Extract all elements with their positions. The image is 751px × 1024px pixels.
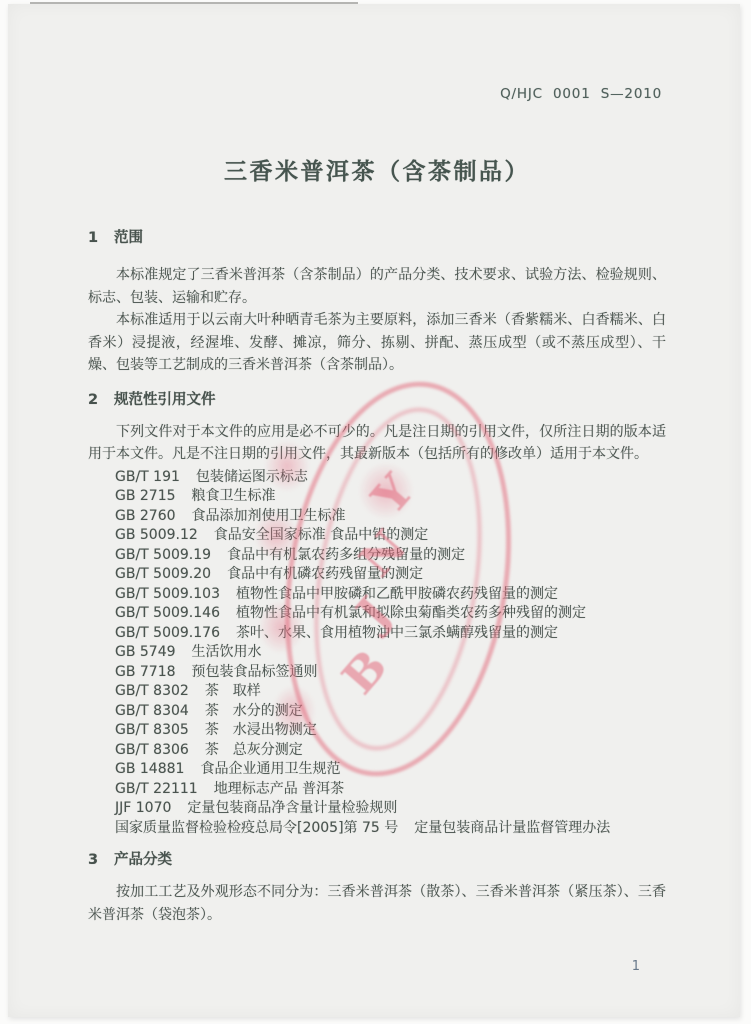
paragraph: 按加工工艺及外观形态不同分为：三香米普洱茶（散茶）、三香米普洱茶（紧压茶）、三香… (88, 881, 666, 927)
reference-item: GB 7718预包装食品标签通则 (115, 663, 666, 683)
section-title: 规范性引用文件 (114, 392, 216, 408)
paragraph: 下列文件对于本文件的应用是必不可少的。凡是注日期的引用文件，仅所注日期的版本适用… (88, 421, 666, 466)
reference-item: GB 5749生活饮用水 (115, 643, 666, 663)
reference-item: JJF 1070定量包装商品净含量计量检验规则 (115, 799, 666, 819)
reference-title: 茶 取样 (205, 682, 261, 702)
reference-title: 食品中有机磷农药残留量的测定 (227, 565, 423, 585)
reference-code: GB 7718 (115, 663, 176, 683)
section-heading-normative-references: 2规范性引用文件 (88, 388, 666, 409)
reference-title: 食品安全国家标准 食品中铅的测定 (214, 526, 428, 546)
reference-code: GB/T 22111 (115, 780, 198, 800)
reference-item: GB/T 22111地理标志产品 普洱茶 (115, 780, 666, 800)
section-title: 范围 (114, 230, 143, 246)
reference-title: 茶叶、水果、食用植物油中三氯杀螨醇残留量的测定 (236, 624, 558, 644)
reference-item: GB/T 5009.103植物性食品中甲胺磷和乙酰甲胺磷农药残留量的测定 (115, 585, 666, 605)
reference-title: 定量包装商品净含量计量检验规则 (187, 799, 397, 819)
reference-title: 茶 总灰分测定 (205, 741, 303, 761)
reference-item: 国家质量监督检验检疫总局令[2005]第 75 号定量包装商品计量监督管理办法 (115, 819, 666, 839)
reference-code: GB 5009.12 (115, 526, 198, 546)
reference-title: 植物性食品中甲胺磷和乙酰甲胺磷农药残留量的测定 (236, 585, 558, 605)
reference-code: GB/T 191 (115, 468, 180, 488)
reference-title: 预包装食品标签通则 (192, 663, 318, 683)
reference-item: GB/T 5009.176茶叶、水果、食用植物油中三氯杀螨醇残留量的测定 (115, 624, 666, 644)
reference-title: 食品添加剂使用卫生标准 (192, 507, 346, 527)
section-title: 产品分类 (114, 852, 172, 868)
section-number: 1 (88, 230, 114, 246)
document-title: 三香米普洱茶（含茶制品） (88, 153, 666, 186)
reference-item: GB 2715粮食卫生标准 (115, 487, 666, 507)
reference-item: GB/T 8306茶 总灰分测定 (115, 741, 666, 761)
section-heading-scope: 1范围 (88, 226, 666, 247)
reference-item: GB/T 5009.146植物性食品中有机氯和拟除虫菊酯类农药多种残留的测定 (115, 604, 666, 624)
reference-item: GB 14881食品企业通用卫生规范 (115, 760, 666, 780)
reference-code: GB/T 5009.176 (115, 624, 220, 644)
page-number: 1 (88, 959, 666, 974)
reference-code: GB/T 5009.146 (115, 604, 220, 624)
reference-item: GB/T 5009.19食品中有机氯农药多组分残留量的测定 (115, 546, 666, 566)
reference-code: GB/T 8304 (115, 702, 189, 722)
reference-item: GB/T 5009.20食品中有机磷农药残留量的测定 (115, 565, 666, 585)
reference-code: GB/T 5009.20 (115, 565, 211, 585)
reference-code: GB 14881 (115, 760, 184, 780)
reference-code: GB/T 8302 (115, 682, 189, 702)
standard-number: Q/HJC 0001 S—2010 (88, 86, 666, 102)
reference-title: 地理标志产品 普洱茶 (214, 780, 344, 800)
reference-title: 食品企业通用卫生规范 (200, 760, 340, 780)
reference-title: 定量包装商品计量监督管理办法 (414, 819, 610, 839)
reference-title: 茶 水分的测定 (205, 702, 303, 722)
reference-code: GB 2715 (115, 487, 176, 507)
reference-code: GB 2760 (115, 507, 176, 527)
section-number: 3 (88, 852, 114, 868)
paragraph: 本标准规定了三香米普洱茶（含茶制品）的产品分类、技术要求、试验方法、检验规则、标… (88, 264, 666, 309)
reference-code: JJF 1070 (115, 799, 171, 819)
reference-code: GB/T 8306 (115, 741, 189, 761)
reference-list: GB/T 191包装储运图示标志 GB 2715粮食卫生标准 GB 2760食品… (115, 468, 666, 839)
section-number: 2 (88, 392, 114, 408)
reference-item: GB/T 8302茶 取样 (115, 682, 666, 702)
reference-code: GB/T 5009.103 (115, 585, 220, 605)
reference-title: 粮食卫生标准 (192, 487, 276, 507)
reference-item: GB/T 8305茶 水浸出物测定 (115, 721, 666, 741)
reference-item: GB/T 191包装储运图示标志 (115, 468, 666, 488)
reference-code: GB/T 5009.19 (115, 546, 211, 566)
paragraph: 本标准适用于以云南大叶种晒青毛茶为主要原料，添加三香米（香紫糯米、白香糯米、白香… (88, 309, 666, 377)
reference-code: GB/T 8305 (115, 721, 189, 741)
reference-code: 国家质量监督检验检疫总局令[2005]第 75 号 (115, 819, 398, 839)
reference-title: 食品中有机氯农药多组分残留量的测定 (227, 546, 465, 566)
reference-title: 茶 水浸出物测定 (205, 721, 317, 741)
reference-code: GB 5749 (115, 643, 176, 663)
reference-title: 包装储运图示标志 (196, 468, 308, 488)
reference-item: GB 5009.12食品安全国家标准 食品中铅的测定 (115, 526, 666, 546)
reference-title: 生活饮用水 (192, 643, 262, 663)
reference-item: GB/T 8304茶 水分的测定 (115, 702, 666, 722)
reference-title: 植物性食品中有机氯和拟除虫菊酯类农药多种残留的测定 (236, 604, 586, 624)
document-content: Q/HJC 0001 S—2010 三香米普洱茶（含茶制品） 1范围 本标准规定… (88, 0, 666, 974)
section-heading-product-classification: 3产品分类 (88, 848, 666, 869)
reference-item: GB 2760食品添加剂使用卫生标准 (115, 507, 666, 527)
